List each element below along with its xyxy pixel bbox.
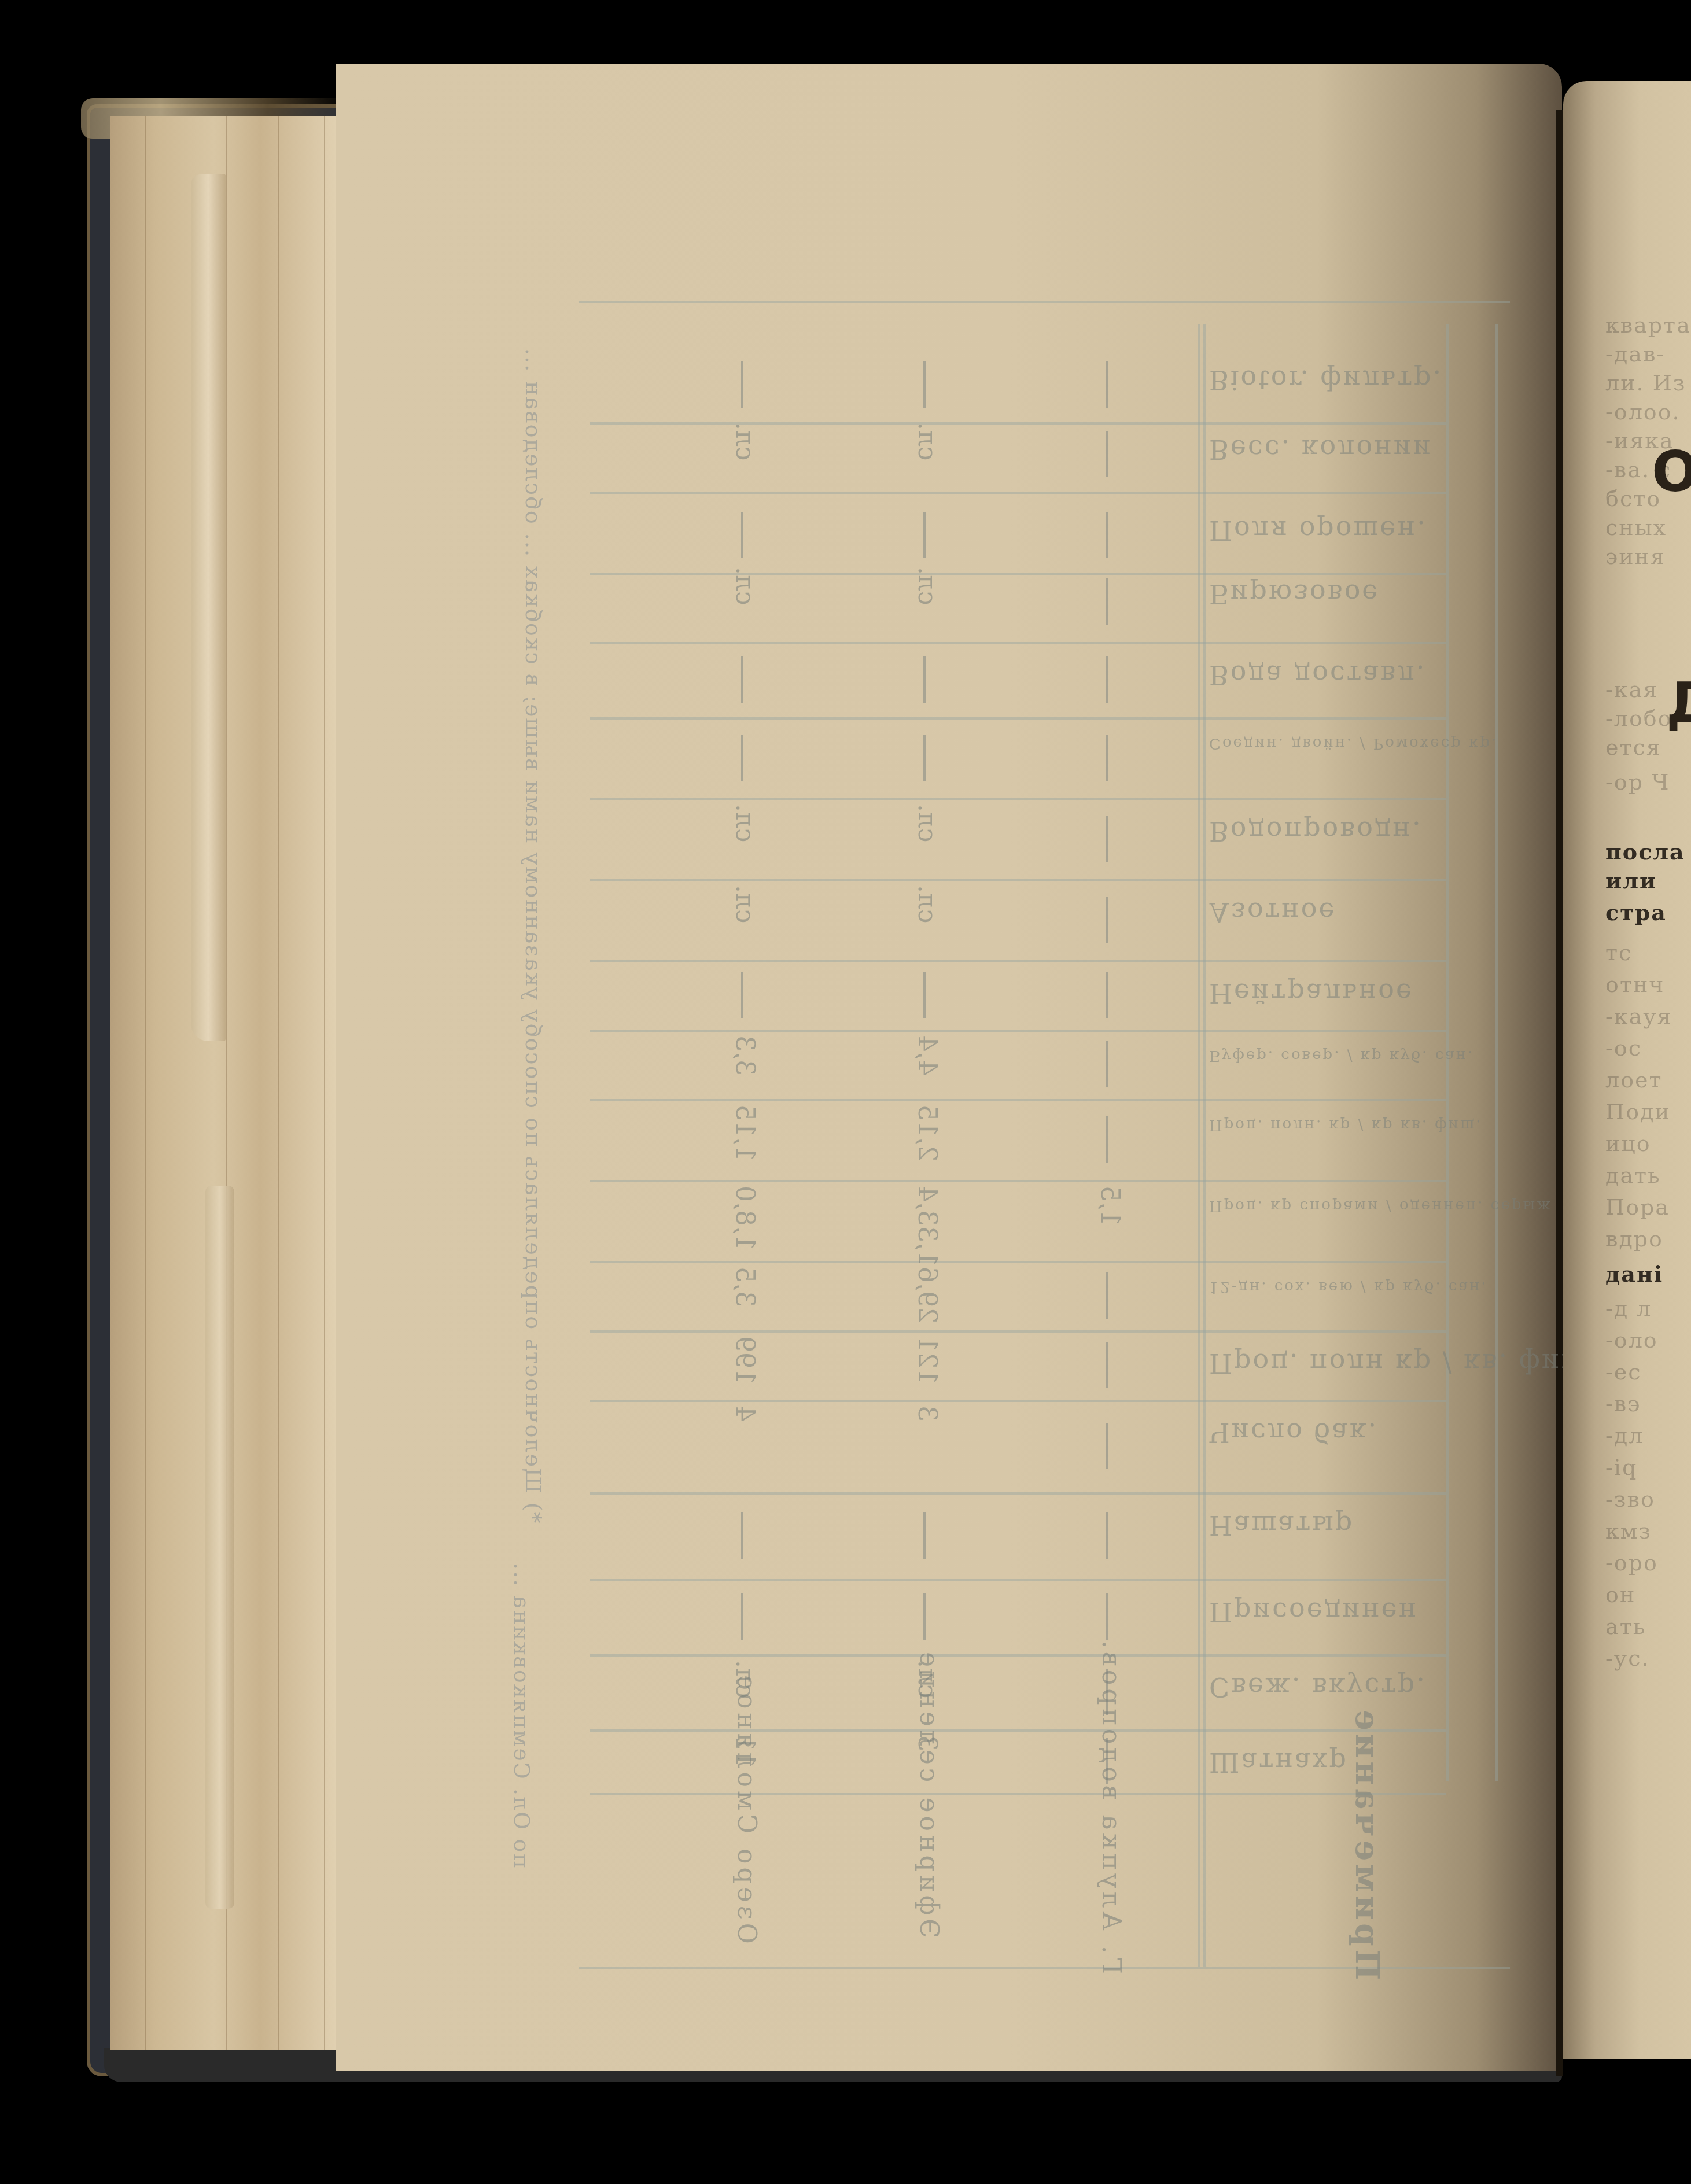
- right-page-text-fragment: -ус.: [1605, 1646, 1650, 1671]
- table-cell: сл.: [907, 422, 942, 461]
- right-page-text-fragment: вдро: [1605, 1226, 1663, 1252]
- column-header: Весс. колонии: [1209, 434, 1406, 465]
- column-header: Число бак.: [1209, 1417, 1406, 1448]
- table-row-divider: [590, 642, 1446, 644]
- column-header: Проц. полн. кр / кр кв. фищ.: [1209, 1116, 1406, 1134]
- empty-cell-dash: [923, 1512, 926, 1559]
- torn-page-flap: [205, 1186, 234, 1909]
- table-cell: 3,5: [725, 1267, 760, 1307]
- notes-header: Примечание: [1348, 1706, 1386, 1980]
- table-border-top: [579, 301, 1510, 303]
- empty-cell-dash: [1106, 578, 1108, 625]
- table-cell: 3,3: [725, 1035, 760, 1076]
- page-stack-edge: [145, 116, 146, 2050]
- empty-cell-dash: [1106, 1272, 1108, 1319]
- right-page-text-fragment: сных: [1605, 515, 1667, 540]
- column-header: Соедин. двойн. / Ромохеср кр.: [1209, 735, 1406, 752]
- table-cell: 1,8,0: [725, 1186, 760, 1250]
- column-header: Буфер. совер. / кр куб. сан.: [1209, 1047, 1406, 1064]
- empty-cell-dash: [923, 972, 926, 1018]
- table-row-divider: [590, 1030, 1446, 1032]
- table-edge: [1495, 324, 1498, 1781]
- right-page-text-fragment: лоет: [1605, 1067, 1663, 1093]
- right-page-text-fragment: -вэ: [1605, 1391, 1641, 1416]
- empty-cell-dash: [1106, 897, 1108, 943]
- table-row-divider: [590, 1793, 1446, 1795]
- empty-cell-dash: [1106, 1512, 1108, 1559]
- empty-cell-dash: [923, 361, 926, 408]
- empty-cell-dash: [1106, 972, 1108, 1018]
- table-row-divider: [590, 1654, 1446, 1657]
- table-cell: сл.: [725, 804, 760, 843]
- column-header: Водопроводн.: [1209, 816, 1406, 847]
- table-cell: сл.: [725, 567, 760, 606]
- right-page-heading-letter: Д: [1666, 671, 1691, 736]
- table-row-divider: [590, 1729, 1446, 1732]
- right-page-text-fragment: -ос: [1605, 1035, 1642, 1061]
- empty-cell-dash: [741, 972, 743, 1018]
- empty-cell-dash: [1106, 1116, 1108, 1163]
- empty-cell-dash: [1106, 1342, 1108, 1388]
- table-cell: 29,6: [907, 1267, 942, 1323]
- column-header: Поля орошен.: [1209, 515, 1406, 546]
- table-header-divider: [1198, 324, 1200, 1967]
- empty-cell-dash: [1106, 656, 1108, 703]
- right-page-text-fragment: ицо: [1605, 1131, 1651, 1156]
- table-row-divider: [590, 492, 1446, 494]
- table-row-divider: [590, 1492, 1446, 1495]
- table-cell: сл.: [725, 422, 760, 461]
- right-page-text-fragment: или: [1605, 868, 1657, 894]
- empty-cell-dash: [741, 735, 743, 781]
- right-page-text-fragment: -д л: [1605, 1296, 1652, 1321]
- empty-cell-dash: [741, 1593, 743, 1640]
- table-header-divider: [1203, 324, 1206, 1967]
- table-cell: сл.: [907, 804, 942, 843]
- right-page-text-fragment: -кая: [1605, 677, 1658, 702]
- table-row-divider: [590, 1330, 1446, 1333]
- empty-cell-dash: [741, 512, 743, 558]
- table-cell: 2,15: [907, 1105, 942, 1161]
- right-page-text-fragment: ли. Из: [1605, 370, 1686, 396]
- empty-cell-dash: [1106, 1041, 1108, 1087]
- footnote-1: *) Щелочность определялась по способу ук…: [521, 347, 546, 1523]
- table-row-divider: [590, 422, 1446, 425]
- empty-cell-dash: [1106, 1593, 1108, 1640]
- table-cell: 4: [725, 1405, 760, 1422]
- empty-cell-dash: [1106, 431, 1108, 477]
- book-gutter: [1556, 110, 1563, 2076]
- column-header: 12-дн. сох. вею / кр куб. сан.: [1209, 1278, 1406, 1296]
- row-label-2: Эфирное селение: [914, 1648, 944, 1938]
- empty-cell-dash: [923, 656, 926, 703]
- table-row-divider: [590, 1579, 1446, 1581]
- right-page-text-fragment: он: [1605, 1582, 1635, 1607]
- right-page-heading-letter: О: [1652, 440, 1691, 504]
- right-page-text-fragment: -дл: [1605, 1423, 1644, 1448]
- table-row-divider: [590, 573, 1446, 575]
- table-cell: 1,5: [1090, 1186, 1125, 1226]
- column-header: Присоединен: [1209, 1596, 1406, 1628]
- table-cell: 4,4: [907, 1035, 942, 1076]
- table-cell: сл.: [907, 567, 942, 606]
- page-stack-edge: [278, 116, 279, 2050]
- right-page-text-fragment: -iq: [1605, 1455, 1637, 1480]
- page-stack-edge: [324, 116, 325, 2050]
- right-page-text-fragment: тс: [1605, 940, 1632, 965]
- empty-cell-dash: [923, 1593, 926, 1640]
- empty-cell-dash: [741, 361, 743, 408]
- right-page-text-fragment: дані: [1605, 1261, 1663, 1287]
- right-page-text-fragment: кварта: [1605, 312, 1691, 338]
- table-row-divider: [590, 1099, 1446, 1101]
- empty-cell-dash: [1106, 735, 1108, 781]
- table-cell: сл.: [725, 885, 760, 924]
- table-cell: 1,15: [725, 1105, 760, 1161]
- empty-cell-dash: [1106, 361, 1108, 408]
- table-row-divider: [590, 1180, 1446, 1182]
- table-row-divider: [590, 798, 1446, 800]
- empty-cell-dash: [1106, 816, 1108, 862]
- empty-cell-dash: [923, 735, 926, 781]
- table-cell: 199: [725, 1336, 760, 1385]
- right-page-text-fragment: -оло: [1605, 1327, 1658, 1353]
- row-label-3: Озеро Смоляное: [732, 1672, 761, 1944]
- row-label-1: Г. Алупка водопров.: [1096, 1637, 1126, 1974]
- right-page-text-fragment: посла: [1605, 839, 1685, 865]
- table-row-divider: [590, 1400, 1446, 1402]
- footnote-2: по Ол. Семпяковкина ...: [509, 1562, 535, 1868]
- right-page-text-fragment: -ес: [1605, 1359, 1642, 1385]
- right-page-text-fragment: стра: [1605, 899, 1667, 925]
- right-page-text-fragment: Пора: [1605, 1194, 1670, 1220]
- right-page-text-fragment: -олоо.: [1605, 399, 1681, 425]
- empty-cell-dash: [1106, 1423, 1108, 1469]
- empty-cell-dash: [741, 1512, 743, 1559]
- column-header: Проц. кр спорами / оденнеп. серыж: [1209, 1197, 1406, 1215]
- table-row-divider: [590, 1261, 1446, 1263]
- right-page-text-fragment: -кауя: [1605, 1004, 1672, 1029]
- table-row-divider: [590, 960, 1446, 962]
- column-header: Проц. полн кр / кв. фищ.: [1209, 1348, 1406, 1379]
- column-header: Нашатыр: [1209, 1510, 1406, 1541]
- table-cell: сл.: [907, 885, 942, 924]
- table-cell: 121: [907, 1336, 942, 1385]
- table-row-divider: [590, 717, 1446, 720]
- column-header: Бирюзовое: [1209, 578, 1406, 610]
- empty-cell-dash: [1106, 512, 1108, 558]
- empty-cell-dash: [741, 656, 743, 703]
- right-page-text-fragment: отнч: [1605, 972, 1664, 997]
- right-page-text-fragment: -оро: [1605, 1550, 1658, 1576]
- table-row-divider: [590, 879, 1446, 881]
- right-page-text-fragment: -лобо: [1605, 706, 1672, 731]
- column-header: Biotor. фильтр.: [1209, 364, 1406, 396]
- torn-page-flap: [191, 174, 226, 1041]
- table-cell: 3: [907, 1405, 942, 1422]
- right-page-text-fragment: -дав-: [1605, 341, 1665, 367]
- right-page-text-fragment: Поди: [1605, 1099, 1671, 1124]
- column-header: Свеж. вкустр.: [1209, 1672, 1406, 1703]
- empty-cell-dash: [923, 512, 926, 558]
- right-page-text-fragment: ется: [1605, 735, 1661, 760]
- right-page-text-fragment: -зво: [1605, 1486, 1655, 1512]
- right-page-text-fragment: -ор Ч: [1605, 769, 1670, 795]
- right-page-text-fragment: дать: [1605, 1163, 1661, 1188]
- right-page-text-fragment: ать: [1605, 1614, 1646, 1639]
- right-page-text-fragment: эиня: [1605, 544, 1666, 569]
- column-header: Вода доставл.: [1209, 659, 1406, 691]
- column-header: Азотное: [1209, 897, 1406, 928]
- column-header: Нейтральное: [1209, 977, 1406, 1009]
- table-cell: 1,33,4: [907, 1186, 942, 1267]
- right-page-text-fragment: кмз: [1605, 1518, 1652, 1544]
